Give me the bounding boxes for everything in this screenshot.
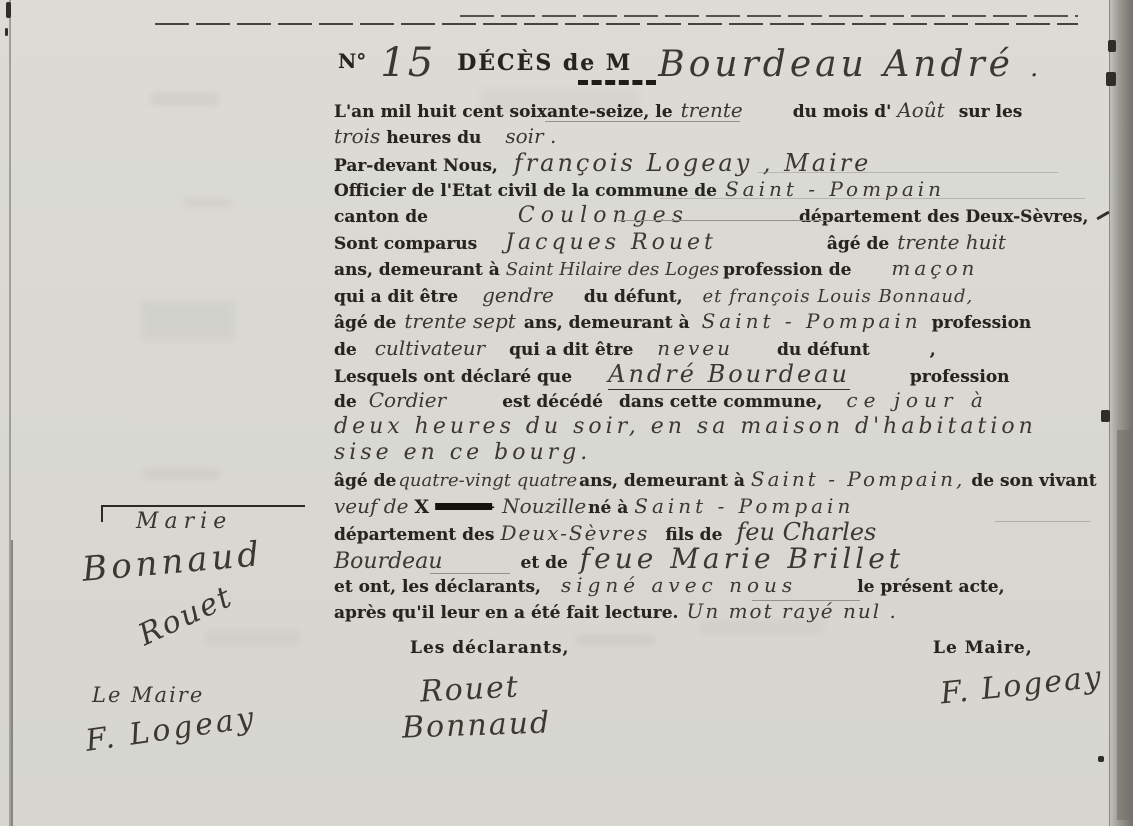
- handwritten-text: trois: [334, 124, 380, 148]
- handwritten-text: Nouzille: [502, 494, 586, 518]
- handwritten-text: Saint Hilaire des Loges: [506, 259, 719, 280]
- margin-mayor-signature: F. Logeay: [83, 700, 258, 759]
- document-line: veuf deX———Nouzillené àSaint - Pompain: [334, 493, 1104, 519]
- handwritten-text: Saint - Pompain,: [751, 467, 965, 491]
- handwritten-text: cultivateur: [375, 336, 485, 360]
- printed-text: canton de: [334, 207, 428, 227]
- document-line: sise en ce bourg.: [334, 440, 1104, 466]
- printed-text: ans, demeurant à: [579, 471, 745, 491]
- form-blank-line: [430, 573, 510, 574]
- handwritten-text: trente huit: [897, 230, 1006, 254]
- printed-text: profession de: [723, 260, 851, 280]
- handwritten-text: Cordier: [369, 388, 447, 412]
- name-underline-mark: [578, 80, 656, 85]
- bleed-through-artifact: [575, 634, 655, 646]
- document-line: Lesquels ont déclaré queAndré Bourdeaupr…: [334, 361, 1104, 387]
- document-line: après qu'il leur en a été fait lecture.U…: [334, 598, 1104, 624]
- renvoi-x-mark: X: [414, 496, 429, 518]
- handwritten-text: deux heures du soir, en sa maison d'habi…: [334, 414, 1037, 439]
- signature-mayor: F. Logeay: [939, 660, 1105, 712]
- printed-text: profession: [910, 367, 1010, 387]
- printed-text: né à: [588, 498, 628, 518]
- record-number-label: N°: [338, 49, 366, 73]
- record-separator-line: [460, 15, 1078, 17]
- document-body-lines: L'an mil huit cent soixante-seize, letre…: [334, 97, 1104, 625]
- document-line: qui a dit êtregendredu défunt,et françoi…: [334, 282, 1104, 308]
- printed-text: âgé de: [334, 471, 396, 491]
- handwritten-text: maçon: [891, 256, 978, 280]
- document-line: deux heures du soir, en sa maison d'habi…: [334, 414, 1104, 440]
- deceased-name: Bourdeau André: [658, 44, 1014, 85]
- printed-text: Sont comparus: [334, 234, 477, 254]
- form-blank-line: [995, 521, 1090, 522]
- handwritten-text: Jacques Rouet: [505, 230, 717, 255]
- handwritten-text: André Bourdeau: [608, 360, 850, 390]
- printed-text: qui a dit être: [509, 340, 633, 360]
- printed-text: de: [334, 392, 357, 412]
- record-number: 15: [380, 40, 435, 86]
- handwritten-text: signé avec nous: [561, 573, 797, 597]
- handwritten-text: et françois Louis Bonnaud,: [703, 286, 974, 307]
- printed-text: département des Deux-Sèvres,: [799, 207, 1088, 227]
- bleed-through-artifact: [142, 468, 220, 480]
- document-line: decultivateurqui a dit êtreneveudu défun…: [334, 335, 1104, 361]
- form-blank-line: [752, 600, 860, 601]
- scanned-death-record-page: N°15DÉCÈS de MBourdeau André. L'an mil h…: [0, 0, 1133, 826]
- book-gutter-dark-area: [1117, 430, 1133, 820]
- handwritten-text: veuf de: [334, 494, 408, 518]
- printed-text: sur les: [959, 102, 1023, 122]
- document-line: ans, demeurant àSaint Hilaire des Logesp…: [334, 255, 1104, 281]
- page-left-edge-shadow: [11, 540, 13, 826]
- document-line: deCordierest décédédans cette commune,ce…: [334, 387, 1104, 413]
- document-line: canton deCoulongesdépartement des Deux-S…: [334, 203, 1104, 229]
- printed-text: qui a dit être: [334, 287, 458, 307]
- printed-text: Lesquels ont déclaré que: [334, 367, 572, 387]
- scan-speck: [1098, 756, 1104, 762]
- printed-text: est décédé: [502, 392, 603, 412]
- handwritten-text: trente: [681, 98, 743, 122]
- mayor-label: Le Maire,: [933, 638, 1033, 658]
- struck-out-word: ———: [435, 494, 492, 519]
- form-blank-line: [618, 220, 830, 221]
- form-blank-line: [758, 172, 1058, 173]
- printed-text: Par-devant Nous,: [334, 156, 498, 176]
- printed-text: le présent acte,: [857, 577, 1004, 597]
- handwritten-text: sise en ce bourg.: [334, 440, 591, 465]
- printed-text: profession: [932, 313, 1032, 333]
- printed-text: heures du: [386, 128, 481, 148]
- handwritten-text: Coulonges: [518, 203, 689, 228]
- bleed-through-artifact: [182, 198, 232, 208]
- header-period: .: [1030, 53, 1038, 83]
- printed-text: L'an mil huit cent soixante-seize, le: [334, 102, 673, 122]
- bleed-through-artifact: [140, 300, 235, 342]
- handwritten-text: feue Marie Brillet: [580, 542, 904, 575]
- printed-text: de son vivant: [971, 471, 1096, 491]
- printed-text: dans cette commune,: [619, 392, 822, 412]
- printed-text: et ont, les déclarants,: [334, 577, 541, 597]
- record-header: N°15DÉCÈS de MBourdeau André.: [338, 40, 1098, 86]
- document-line: troisheures dusoir .: [334, 123, 1104, 149]
- printed-text: ,: [930, 340, 936, 360]
- handwritten-text: neveu: [657, 336, 733, 360]
- handwritten-text: soir .: [505, 124, 556, 148]
- form-blank-line: [660, 198, 1085, 199]
- scan-speck: [5, 28, 8, 36]
- printed-text: du défunt: [777, 340, 870, 360]
- handwritten-text: Saint - Pompain: [634, 494, 854, 518]
- printed-text: ans, demeurant à: [524, 313, 690, 333]
- signature-rouet: Rouet: [419, 669, 520, 709]
- handwritten-text: Saint - Pompain: [702, 309, 922, 333]
- scan-speck: [6, 2, 11, 18]
- handwritten-text: ce jour à: [846, 388, 988, 412]
- scan-speck: [1106, 72, 1116, 86]
- document-line: âgé dequatre-vingt quatreans, demeurant …: [334, 466, 1104, 492]
- scan-speck: [1108, 40, 1116, 52]
- handwritten-text: Bourdeau: [334, 549, 443, 574]
- document-line: L'an mil huit cent soixante-seize, letre…: [334, 97, 1104, 123]
- printed-text: âgé de: [334, 313, 396, 333]
- printed-text: après qu'il leur en a été fait lecture.: [334, 603, 678, 623]
- printed-text: âgé de: [827, 234, 889, 254]
- margin-signature-bonnaud: Bonnaud: [81, 534, 265, 590]
- margin-approved-word: Marie: [136, 509, 232, 534]
- printed-text: département des: [334, 525, 494, 545]
- record-separator-line: [155, 23, 1078, 25]
- document-line: âgé detrente septans, demeurant àSaint -…: [334, 308, 1104, 334]
- handwritten-text: gendre: [482, 283, 554, 307]
- record-title: DÉCÈS de M: [457, 50, 632, 76]
- handwritten-text: Un mot rayé nul .: [686, 599, 897, 623]
- form-blank-line: [545, 121, 740, 122]
- printed-text: ans, demeurant à: [334, 260, 500, 280]
- handwritten-text: Août: [897, 98, 944, 122]
- printed-text: et de: [521, 553, 568, 573]
- bleed-through-artifact: [205, 630, 300, 646]
- signature-bonnaud: Bonnaud: [401, 705, 551, 745]
- bleed-through-artifact: [150, 92, 220, 106]
- printed-text: du défunt,: [584, 287, 683, 307]
- handwritten-text: trente sept: [404, 309, 515, 333]
- document-line: Sont comparusJacques Rouetâgé detrente h…: [334, 229, 1104, 255]
- declarants-label: Les déclarants,: [410, 638, 569, 658]
- document-line: et ont, les déclarants,signé avec nousle…: [334, 572, 1104, 598]
- handwritten-text: quatre-vingt quatre: [398, 470, 577, 491]
- printed-text: de: [334, 340, 357, 360]
- printed-text: du mois d': [793, 102, 892, 122]
- margin-mayor-title: Le Maire: [92, 683, 204, 707]
- document-line: Bourdeauet defeue Marie Brillet: [334, 546, 1104, 572]
